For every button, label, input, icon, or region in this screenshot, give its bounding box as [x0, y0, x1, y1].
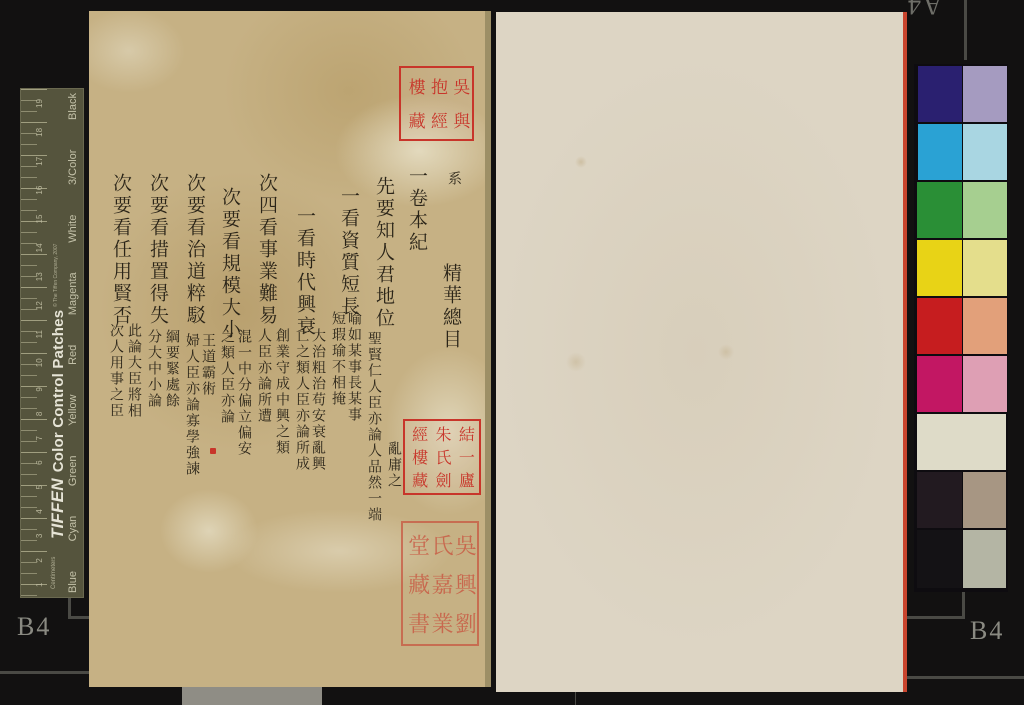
- marker-char: 系: [447, 171, 461, 187]
- seal-char: 一: [457, 446, 473, 469]
- seal-char: 業: [429, 603, 451, 642]
- left-page: 精華總目 系 一卷本紀 先要知人君地位 聖賢仁人臣亦論人品然一端 亂庸之 一看資…: [89, 11, 491, 687]
- ruler-number: 17: [35, 157, 44, 166]
- ruler-copyright: © The Tiffen Company, 2007: [53, 244, 59, 307]
- grid-line-bottom-center: [575, 690, 576, 705]
- patch-pink: [963, 356, 1007, 412]
- column-5-note-b: 之類人臣亦論: [220, 329, 234, 425]
- grid-line-right-vertical: [962, 592, 965, 619]
- ruler-color-label: Red: [67, 345, 79, 365]
- red-punctuation-mark: [210, 448, 216, 454]
- ruler-color-label: White: [67, 215, 79, 243]
- seal-char: 藏: [406, 564, 428, 603]
- ruler-number: 12: [35, 301, 44, 310]
- seal-char: 吳: [452, 525, 474, 564]
- collector-seal-middle: 結 一 廬 朱 氏 劍 經 樓 藏: [403, 419, 481, 495]
- ruler-number: 18: [35, 128, 44, 137]
- ruler-color-label: Magenta: [67, 272, 79, 315]
- column-1-note-b: 亂庸之: [387, 441, 401, 489]
- column-3-note-b: 亡之類人臣亦論所成: [295, 328, 309, 472]
- seal-char: 樓: [406, 70, 423, 104]
- seal-char: 與: [450, 104, 467, 138]
- patch-cyan: [918, 124, 962, 180]
- patch-gray: [963, 530, 1006, 588]
- column-8-note-b: 次人用事之臣: [109, 323, 123, 419]
- ruler-number: 19: [35, 99, 44, 108]
- column-2: 一看資質短長: [339, 186, 358, 318]
- column-4-note-a: 創業守成中興之類: [275, 328, 289, 456]
- ruler-number: 2: [35, 558, 44, 562]
- ruler-color-label: Black: [67, 93, 79, 120]
- column-8: 次要看任用賢否: [111, 173, 130, 327]
- grid-line-right-horizontal: [907, 616, 965, 619]
- column-2-note-a: 喻如某事長某事: [347, 311, 361, 423]
- ruler-number: 5: [35, 485, 44, 489]
- patch-lavender: [963, 66, 1007, 122]
- grid-line-top-right-vertical: [964, 0, 967, 60]
- ruler-number: 13: [35, 272, 44, 281]
- seal-char: 書: [406, 603, 428, 642]
- book-bottom-tab: [182, 686, 322, 705]
- patch-salmon: [963, 298, 1007, 354]
- column-1: 先要知人君地位: [374, 176, 393, 330]
- seal-char: 興: [452, 564, 474, 603]
- ruler-color-labels: Blue Cyan Green Yellow Red Magenta White…: [67, 89, 79, 597]
- seal-char: 經: [428, 104, 445, 138]
- ruler-number: 10: [35, 358, 44, 367]
- ruler-number: 9: [35, 387, 44, 391]
- seal-char: 朱: [434, 423, 450, 446]
- column-6-note-a: 王道霸術: [201, 333, 215, 397]
- ruler-number: 6: [35, 460, 44, 464]
- paper-size-label-top-right: A4: [906, 0, 942, 20]
- column-8-note-a: 此論大臣將相: [127, 323, 141, 419]
- ruler-number: 11: [35, 330, 44, 338]
- ruler-unit-label: Centimeters: [51, 557, 57, 589]
- seal-char: 吳: [450, 70, 467, 104]
- grid-line-bottom-left-horizontal: [0, 671, 90, 674]
- column-7: 次要看措置得失: [148, 173, 167, 327]
- column-juan-benji: 一卷本紀: [407, 166, 426, 254]
- patch-light-cyan: [963, 124, 1007, 180]
- seal-char: 藏: [411, 468, 427, 491]
- ruler-number: 4: [35, 509, 44, 513]
- patch-magenta: [917, 356, 962, 412]
- color-patch-chart: [914, 64, 1008, 592]
- grid-line-bottom-right-horizontal: [907, 676, 1024, 679]
- ruler-number: 3: [35, 534, 44, 538]
- column-5: 次要看規模大小: [220, 187, 239, 341]
- ruler-color-label: Yellow: [67, 395, 79, 426]
- column-5-note-a: 混一中分偏立偏安: [237, 329, 251, 457]
- patch-black: [917, 530, 962, 588]
- seal-char: 抱: [428, 70, 445, 104]
- seal-char: 廬: [457, 468, 473, 491]
- patch-blue: [918, 66, 962, 122]
- column-2-note-b: 短瑕瑜不相掩: [331, 311, 345, 407]
- ruler-number: 16: [35, 186, 44, 195]
- ruler-number: 1: [35, 583, 44, 587]
- ruler-title: Color Control Patches: [50, 310, 67, 473]
- patch-dark-brown: [917, 472, 962, 528]
- ruler-number: 14: [35, 243, 44, 252]
- tiffen-logo: TIFFEN: [48, 478, 67, 539]
- column-7-note-b: 分大中小論: [147, 329, 161, 409]
- patch-red: [917, 298, 962, 354]
- seal-char: 堂: [406, 525, 428, 564]
- color-control-ruler: 1 2 3 4 5 6 7 8 9 10 11 12 13 14 15 16 1…: [20, 88, 84, 598]
- table-of-contents-title: 精華總目: [441, 263, 460, 351]
- ruler-color-label: 3/Color: [67, 150, 79, 185]
- seal-char: 經: [411, 423, 427, 446]
- seal-char: 劉: [452, 603, 474, 642]
- seal-char: 氏: [429, 525, 451, 564]
- paper-size-label-bottom-right: B4: [970, 616, 1004, 646]
- book-red-edge: [903, 12, 907, 692]
- ruler-color-label: Blue: [67, 571, 79, 593]
- ruler-brand-block: TIFFENColor Control Patches: [48, 310, 68, 539]
- ruler-number: 7: [35, 436, 44, 440]
- ruler-number: 8: [35, 412, 44, 416]
- seal-char: 嘉: [429, 564, 451, 603]
- patch-white: [917, 414, 1006, 470]
- ruler-label-strip: 1 2 3 4 5 6 7 8 9 10 11 12 13 14 15 16 1…: [21, 89, 83, 597]
- ruler-color-label: Green: [67, 456, 79, 487]
- patch-tan: [963, 472, 1006, 528]
- column-4: 次四看事業難易: [257, 173, 276, 327]
- ruler-number: 15: [35, 215, 44, 224]
- collector-seal-top: 吳 與 抱 經 樓 藏: [399, 66, 474, 141]
- grid-line-left-horizontal: [68, 616, 90, 619]
- right-page-blank: [496, 12, 904, 692]
- seal-char: 劍: [434, 468, 450, 491]
- patch-light-green: [963, 182, 1007, 238]
- column-3-note-a: 大治粗治苟安衰亂興: [311, 328, 325, 472]
- column-4-note-b: 人臣亦論所遭: [257, 328, 271, 424]
- patch-yellow: [917, 240, 962, 296]
- column-6-note-b: 婦人臣亦論寡學強諫: [185, 333, 199, 477]
- column-3: 一看時代興衰: [295, 206, 314, 338]
- patch-light-yellow: [963, 240, 1007, 296]
- collector-seal-bottom: 吳 興 劉 氏 嘉 業 堂 藏 書: [401, 521, 479, 646]
- seal-char: 結: [457, 423, 473, 446]
- ruler-numbers: 1 2 3 4 5 6 7 8 9 10 11 12 13 14 15 16 1…: [35, 89, 44, 597]
- column-6: 次要看治道粹駁: [185, 173, 204, 327]
- seal-char: 樓: [411, 446, 427, 469]
- patch-green: [917, 182, 962, 238]
- seal-char: 氏: [434, 446, 450, 469]
- paper-size-label-bottom-left: B4: [17, 612, 51, 642]
- column-1-note-a: 聖賢仁人臣亦論人品然一端: [367, 331, 381, 523]
- column-7-note-a: 綱要緊處餘: [165, 329, 179, 409]
- ruler-color-label: Cyan: [67, 516, 79, 542]
- seal-char: 藏: [406, 104, 423, 138]
